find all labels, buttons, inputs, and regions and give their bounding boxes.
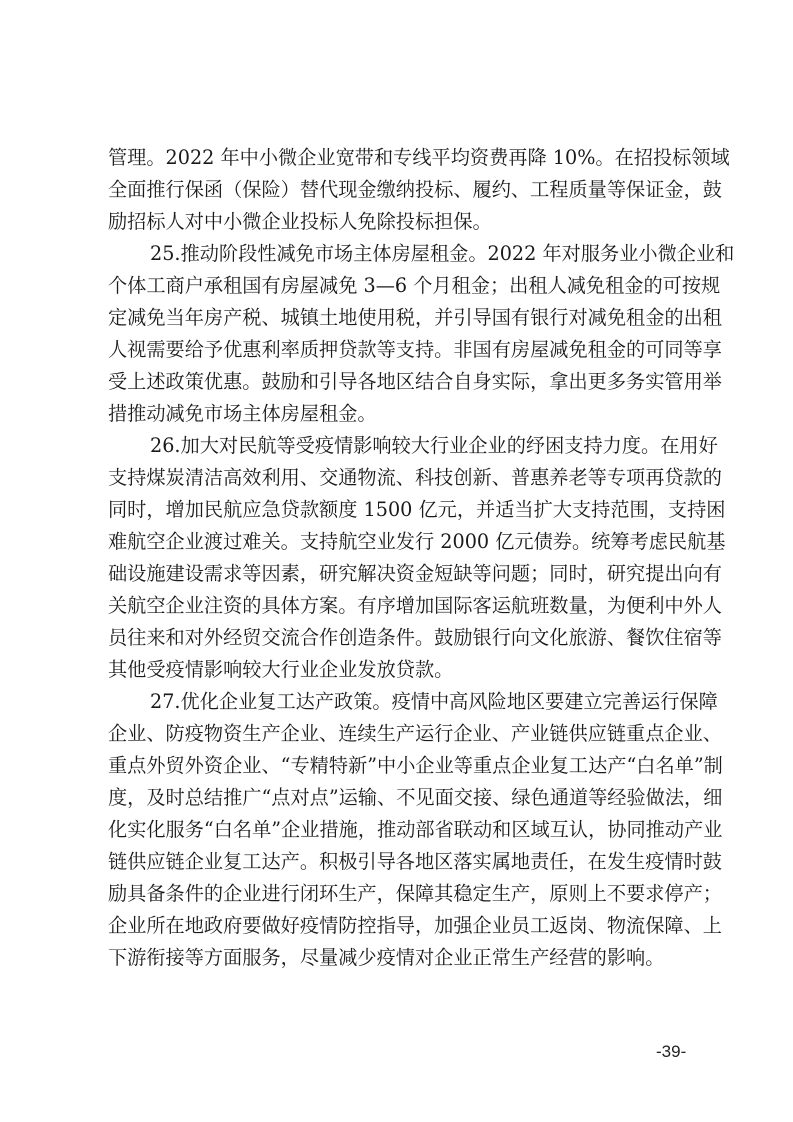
document-page: 管理。2022 年中小微企业宽带和专线平均资费再降 10%。在招投标领域全面推行… (0, 0, 793, 1122)
text-line: 关航空企业注资的具体方案。有序增加国际客运航班数量，为便利中外人 (108, 590, 696, 622)
text-line: 其他受疫情影响较大行业企业发放贷款。 (108, 654, 696, 686)
text-line: 员往来和对外经贸交流合作创造条件。鼓励银行向文化旅游、餐饮住宿等 (108, 622, 696, 654)
text-line: 企业、防疫物资生产企业、连续生产运行企业、产业链供应链重点企业、 (108, 718, 696, 750)
text-line: 下游衔接等方面服务，尽量减少疫情对企业正常生产经营的影响。 (108, 942, 696, 974)
text-line: 全面推行保函（保险）替代现金缴纳投标、履约、工程质量等保证金，鼓 (108, 174, 696, 206)
text-line: 企业所在地政府要做好疫情防控指导，加强企业员工返岗、物流保障、上 (108, 910, 696, 942)
text-line: 重点外贸外资企业、“专精特新”中小企业等重点企业复工达产“白名单”制 (108, 750, 696, 782)
page-number: -39- (656, 1042, 686, 1062)
text-line: 难航空企业渡过难关。支持航空业发行 2000 亿元债券。统筹考虑民航基 (108, 526, 696, 558)
text-line: 励具备条件的企业进行闭环生产，保障其稳定生产，原则上不要求停产； (108, 878, 696, 910)
text-line: 受上述政策优惠。鼓励和引导各地区结合自身实际，拿出更多务实管用举 (108, 366, 696, 398)
text-line: 定减免当年房产税、城镇土地使用税，并引导国有银行对减免租金的出租 (108, 302, 696, 334)
text-line: 化实化服务“白名单”企业措施，推动部省联动和区域互认，协同推动产业 (108, 814, 696, 846)
text-line: 措推动减免市场主体房屋租金。 (108, 398, 696, 430)
text-line: 管理。2022 年中小微企业宽带和专线平均资费再降 10%。在招投标领域 (108, 142, 696, 174)
paragraph-first-line: 27.优化企业复工达产政策。疫情中高风险地区要建立完善运行保障 (108, 686, 696, 718)
text-line: 同时，增加民航应急贷款额度 1500 亿元，并适当扩大支持范围，支持困 (108, 494, 696, 526)
text-line: 励招标人对中小微企业投标人免除投标担保。 (108, 206, 696, 238)
text-line: 个体工商户承租国有房屋减免 3—6 个月租金；出租人减免租金的可按规 (108, 270, 696, 302)
text-line: 链供应链企业复工达产。积极引导各地区落实属地责任，在发生疫情时鼓 (108, 846, 696, 878)
body-text: 管理。2022 年中小微企业宽带和专线平均资费再降 10%。在招投标领域全面推行… (108, 142, 696, 974)
text-line: 支持煤炭清洁高效利用、交通物流、科技创新、普惠养老等专项再贷款的 (108, 462, 696, 494)
text-line: 人视需要给予优惠利率质押贷款等支持。非国有房屋减免租金的可同等享 (108, 334, 696, 366)
paragraph-first-line: 26.加大对民航等受疫情影响较大行业企业的纾困支持力度。在用好 (108, 430, 696, 462)
text-line: 础设施建设需求等因素，研究解决资金短缺等问题；同时，研究提出向有 (108, 558, 696, 590)
paragraph-first-line: 25.推动阶段性减免市场主体房屋租金。2022 年对服务业小微企业和 (108, 238, 696, 270)
text-line: 度，及时总结推广“点对点”运输、不见面交接、绿色通道等经验做法，细 (108, 782, 696, 814)
